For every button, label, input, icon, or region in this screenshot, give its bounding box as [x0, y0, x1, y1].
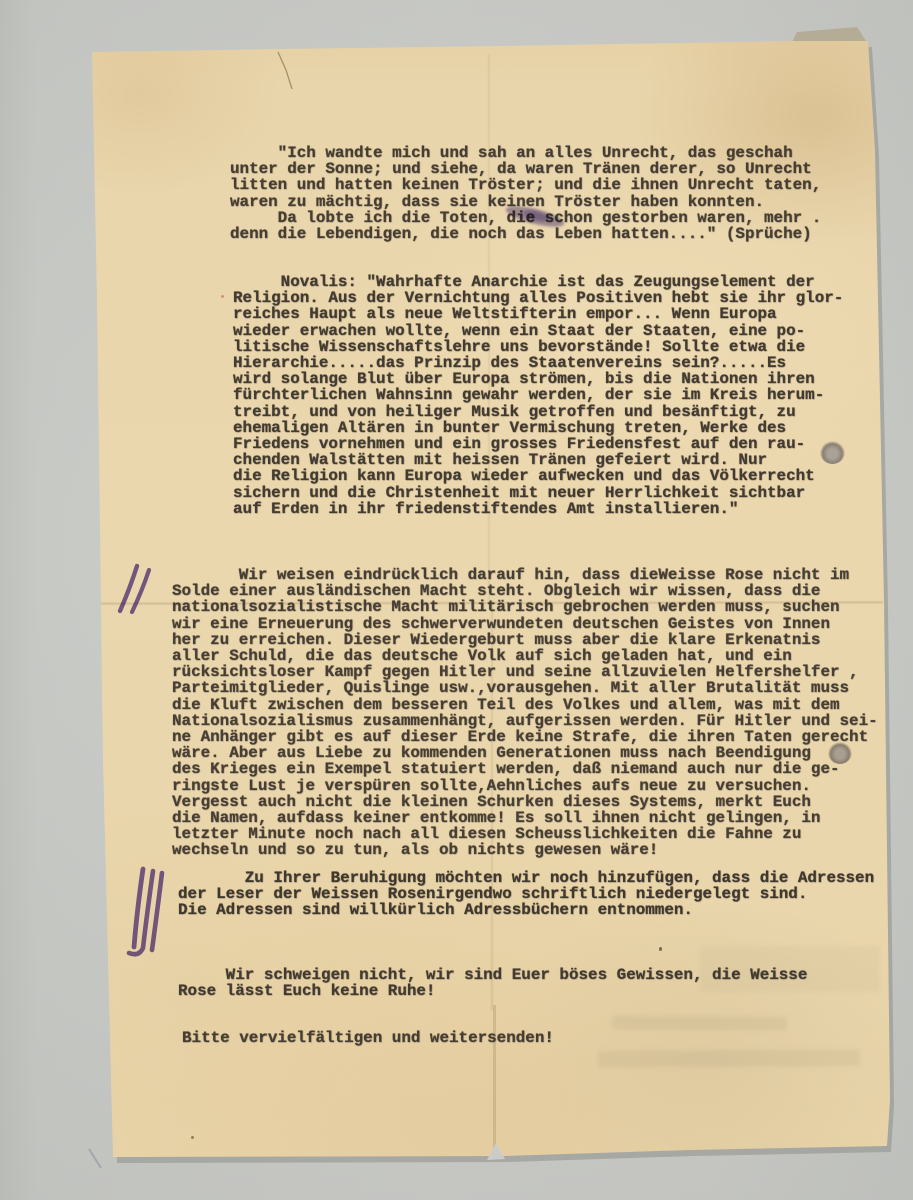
- backing-scratch: [89, 1149, 101, 1168]
- scanner-background: "Ich wandte mich und sah an alles Unrech…: [0, 0, 913, 1200]
- backing-marks: [0, 0, 913, 1200]
